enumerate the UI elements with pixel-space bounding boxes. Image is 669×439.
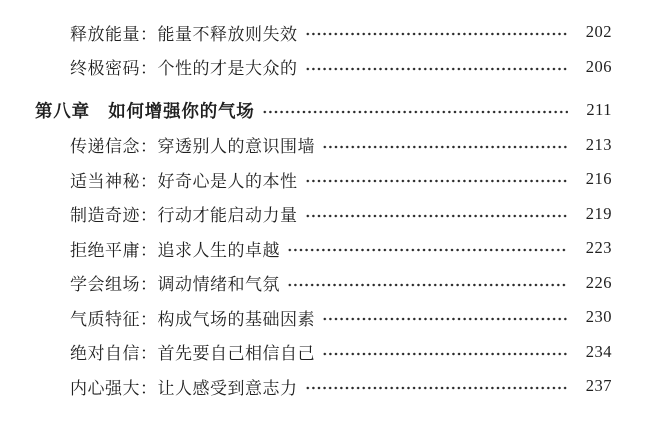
toc-entry: 学会组场：调动情绪和气氛 226 <box>35 266 612 301</box>
dot-leader <box>305 67 569 71</box>
toc-entry-title: 学会组场：调动情绪和气氛 <box>70 270 280 295</box>
toc-entry-page: 230 <box>578 307 612 327</box>
toc-entry: 气质特征：构成气场的基础因素 230 <box>35 300 612 335</box>
dot-leader <box>305 179 569 183</box>
toc-entry: 终极密码：个性的才是大众的 206 <box>35 50 612 85</box>
dot-leader <box>322 145 568 149</box>
dot-leader <box>305 32 569 36</box>
toc-entry: 适当神秘：好奇心是人的本性 216 <box>35 162 612 197</box>
toc-chapter-entry: 第八章 如何增强你的气场 211 <box>35 93 612 128</box>
toc-entry: 内心强大：让人感受到意志力 237 <box>35 369 612 404</box>
toc-entry-title: 绝对自信：首先要自己相信自己 <box>70 339 315 364</box>
dot-leader <box>305 386 569 390</box>
dot-leader <box>305 214 569 218</box>
toc-entry-page: 234 <box>578 342 612 362</box>
toc-entry-page: 219 <box>578 204 612 224</box>
toc-entry-page: 211 <box>578 100 612 120</box>
toc-entry: 拒绝平庸：追求人生的卓越 223 <box>35 231 612 266</box>
toc-entry-page: 223 <box>578 238 612 258</box>
toc-entry: 释放能量：能量不释放则失效 202 <box>35 15 612 50</box>
toc-entry-page: 226 <box>578 273 612 293</box>
toc-entry-page: 213 <box>578 135 612 155</box>
toc-entry: 制造奇迹：行动才能启动力量 219 <box>35 197 612 232</box>
toc-entry-title: 内心强大：让人感受到意志力 <box>70 374 298 399</box>
toc-entry-title: 释放能量：能量不释放则失效 <box>70 20 298 45</box>
toc-entry-title: 适当神秘：好奇心是人的本性 <box>70 167 298 192</box>
toc-entry-title: 传递信念：穿透别人的意识围墙 <box>70 132 315 157</box>
toc-entry: 绝对自信：首先要自己相信自己 234 <box>35 335 612 370</box>
toc-entry-page: 202 <box>578 22 612 42</box>
toc-entry-title: 终极密码：个性的才是大众的 <box>70 54 298 79</box>
toc-list: 释放能量：能量不释放则失效 202 终极密码：个性的才是大众的 206 第八章 … <box>35 15 612 404</box>
toc-entry-page: 237 <box>578 376 612 396</box>
dot-leader <box>287 248 568 252</box>
toc-entry: 传递信念：穿透别人的意识围墙 213 <box>35 128 612 163</box>
toc-entry-title: 气质特征：构成气场的基础因素 <box>70 305 315 330</box>
toc-entry-title: 制造奇迹：行动才能启动力量 <box>70 201 298 226</box>
dot-leader <box>322 352 568 356</box>
dot-leader <box>287 283 568 287</box>
toc-entry-title: 拒绝平庸：追求人生的卓越 <box>70 236 280 261</box>
dot-leader <box>322 317 568 321</box>
toc-page: 释放能量：能量不释放则失效 202 终极密码：个性的才是大众的 206 第八章 … <box>0 0 669 439</box>
dot-leader <box>262 110 568 114</box>
toc-entry-page: 206 <box>578 57 612 77</box>
toc-entry-page: 216 <box>578 169 612 189</box>
toc-entry-title: 第八章 如何增强你的气场 <box>35 98 255 123</box>
